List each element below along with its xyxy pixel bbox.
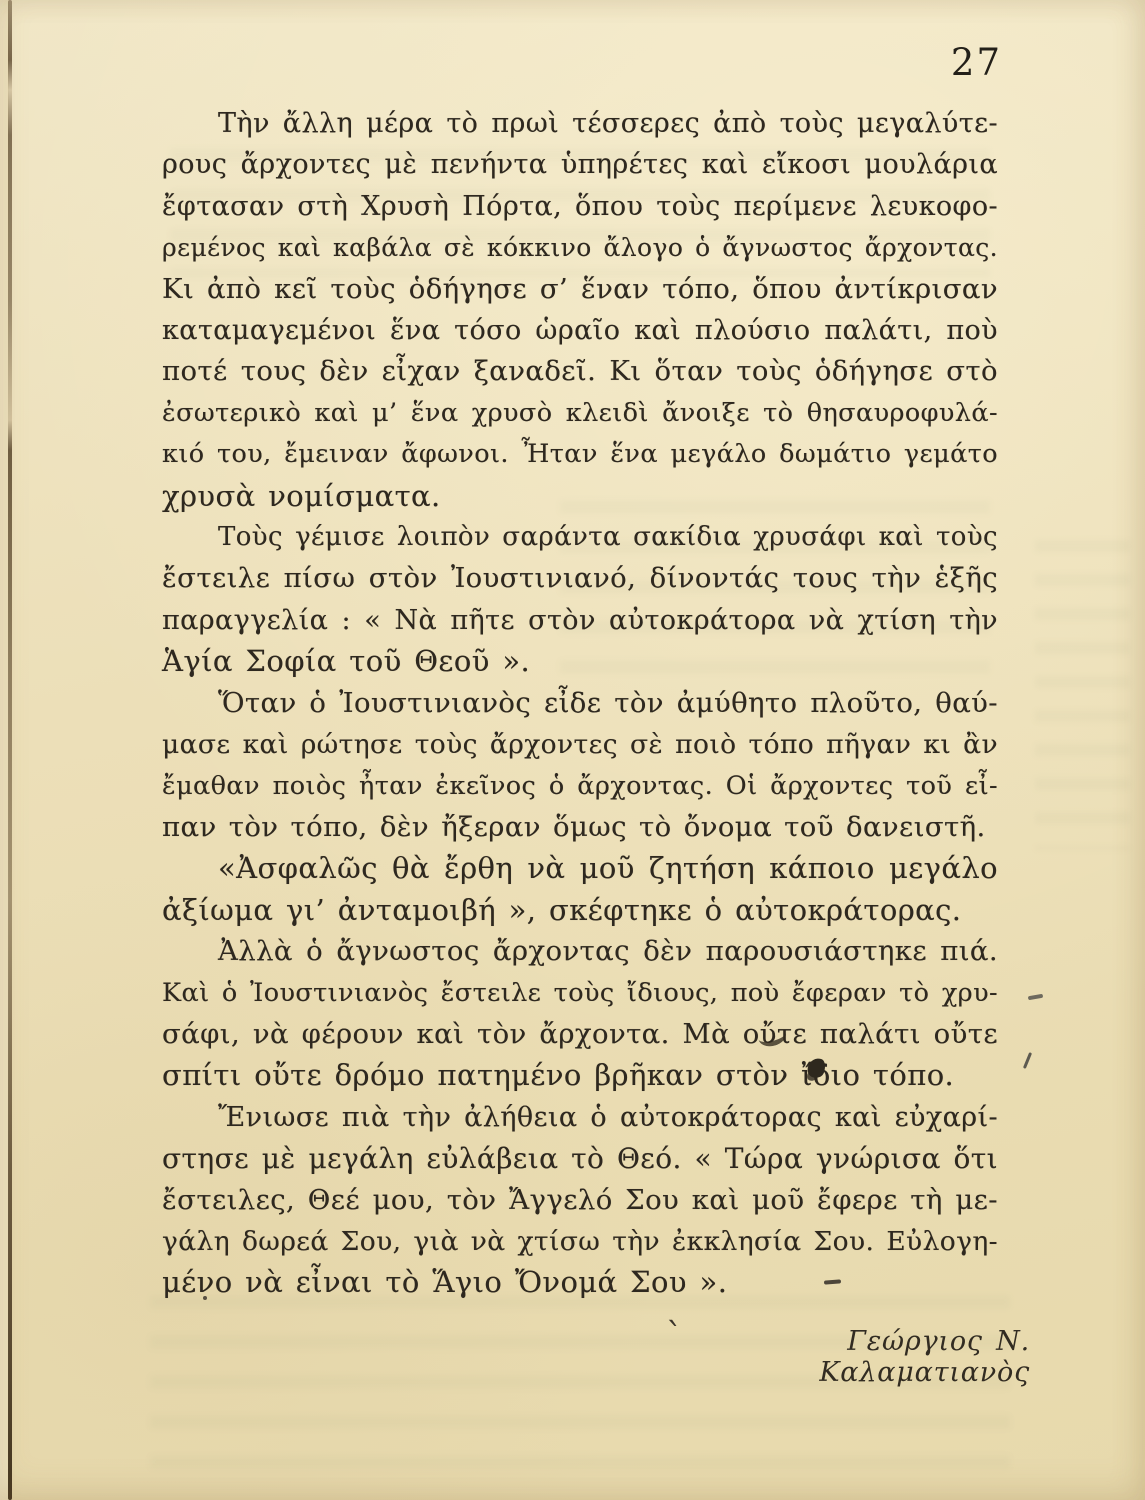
text-line: Ἁγία Σοφία τοῦ Θεοῦ ». (162, 641, 998, 682)
scan-speck (1023, 1052, 1032, 1069)
page-number: 27 (880, 41, 1002, 84)
text-line: ρους ἄρχοντες μὲ πενήντα ὑπηρέτες καὶ εἴ… (162, 144, 998, 185)
text-line: ρεμένος καὶ καβάλα σὲ κόκκινο ἄλογο ὁ ἄγ… (162, 227, 998, 268)
text-line: ἐσωτερικὸ καὶ μ’ ἕνα χρυσὸ κλειδὶ ἄνοιξε… (162, 393, 998, 434)
text-line: παραγγελία : « Νὰ πῆτε στὸν αὐτοκράτορα … (162, 600, 998, 641)
text-line: χρυσὰ νομίσματα. (162, 476, 998, 517)
text-line: παν τὸν τόπο, δὲν ἤξεραν ὅμως τὸ ὄνομα τ… (162, 807, 998, 848)
text-line: σάφι, νὰ φέρουν καὶ τὸν ἄρχοντα. Μὰ οὔτε… (162, 1014, 998, 1055)
author-attribution: Γεώργιος Ν. Καλαματιανὸς (700, 1326, 1030, 1388)
text-block: Τὴν ἄλλη μέρα τὸ πρωὶ τέσσερες ἀπὸ τοὺς … (162, 103, 998, 1304)
binding-crease-line (8, 0, 12, 1500)
text-line: ἀξίωμα γι’ ἀνταμοιβή », σκέφτηκε ὁ αὐτοκ… (162, 890, 998, 931)
text-line: Ὅταν ὁ Ἰουστινιανὸς εἶδε τὸν ἀμύθητο πλο… (162, 683, 998, 724)
text-line: ἔμαθαν ποιὸς ἦταν ἐκεῖνος ὁ ἄρχοντας. Οἱ… (162, 766, 998, 807)
text-line: μένο νὰ εἶναι τὸ Ἅγιο Ὄνομά Σου ». (162, 1262, 998, 1303)
scan-speck (203, 1296, 207, 1300)
text-line: «Ἀσφαλῶς θὰ ἔρθη νὰ μοῦ ζητήση κάποιο με… (162, 848, 998, 889)
text-line: ἔστειλες, Θεέ μου, τὸν Ἄγγελό Σου καὶ μο… (162, 1180, 998, 1221)
text-line: ἔφτασαν στὴ Χρυσὴ Πόρτα, ὅπου τοὺς περίμ… (162, 186, 998, 227)
scan-speck (1028, 994, 1043, 1001)
text-line: στησε μὲ μεγάλη εὐλάβεια τὸ Θεό. « Τώρα … (162, 1138, 998, 1179)
paragraph: «Ἀσφαλῶς θὰ ἔρθη νὰ μοῦ ζητήση κάποιο με… (162, 848, 998, 931)
text-line: μασε καὶ ρώτησε τοὺς ἄρχοντες σὲ ποιὸ τό… (162, 724, 998, 765)
paragraph: Ἀλλὰ ὁ ἄγνωστος ἄρχοντας δὲν παρουσιάστη… (162, 931, 998, 1097)
text-line: καταμαγεμένοι ἕνα τόσο ὡραῖο καὶ πλούσιο… (162, 310, 998, 351)
text-line: ἔστειλε πίσω στὸν Ἰουστινιανό, δίνοντάς … (162, 558, 998, 599)
text-line: Τοὺς γέμισε λοιπὸν σαράντα σακίδια χρυσά… (162, 517, 998, 558)
paragraph: Ὅταν ὁ Ἰουστινιανὸς εἶδε τὸν ἀμύθητο πλο… (162, 683, 998, 849)
text-line: κιό του, ἔμειναν ἄφωνοι. Ἦταν ἕνα μεγάλο… (162, 434, 998, 475)
text-line: Τὴν ἄλλη μέρα τὸ πρωὶ τέσσερες ἀπὸ τοὺς … (162, 103, 998, 144)
scanned-page: 27 Τὴν ἄλλη μέρα τὸ πρωὶ τέσσερες ἀπὸ το… (0, 0, 1145, 1500)
text-line: Ἀλλὰ ὁ ἄγνωστος ἄρχοντας δὲν παρουσιάστη… (162, 931, 998, 972)
show-through-ghost (1035, 540, 1130, 850)
paragraph: Ἔνιωσε πιὰ τὴν ἀλήθεια ὁ αὐτοκράτορας κα… (162, 1097, 998, 1304)
text-line: γάλη δωρεά Σου, γιὰ νὰ χτίσω τὴν ἐκκλησί… (162, 1221, 998, 1262)
text-line: Κι ἀπὸ κεῖ τοὺς ὁδήγησε σ’ ἕναν τόπο, ὅπ… (162, 269, 998, 310)
text-line: Καὶ ὁ Ἰουστινιανὸς ἔστειλε τοὺς ἴδιους, … (162, 973, 998, 1014)
stray-accent-mark: ` (666, 1316, 683, 1356)
paragraph: Τοὺς γέμισε λοιπὸν σαράντα σακίδια χρυσά… (162, 517, 998, 683)
paragraph: Τὴν ἄλλη μέρα τὸ πρωὶ τέσσερες ἀπὸ τοὺς … (162, 103, 998, 517)
text-line: σπίτι οὔτε δρόμο πατημένο βρῆκαν στὸν ἴδ… (162, 1055, 998, 1096)
text-line: Ἔνιωσε πιὰ τὴν ἀλήθεια ὁ αὐτοκράτορας κα… (162, 1097, 998, 1138)
text-line: ποτέ τους δὲν εἶχαν ξαναδεῖ. Κι ὅταν τοὺ… (162, 351, 998, 392)
